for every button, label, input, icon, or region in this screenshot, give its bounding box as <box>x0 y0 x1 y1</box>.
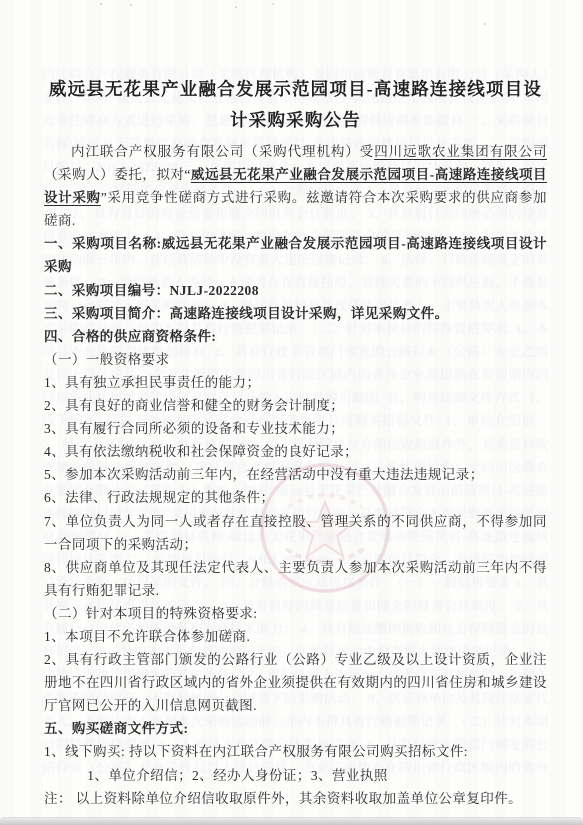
line-item-1: 1、具有独立承担民事责任的能力； <box>44 371 547 394</box>
line-item-2: 2、具有良好的商业信誉和健全的财务会计制度； <box>44 394 547 417</box>
intro-tail: ”采用竞争性磋商方式进行采购。兹邀请符合本次采购要求的供应商参加磋商. <box>44 190 547 228</box>
line-general-requirements-heading: （一）一般资格要求 <box>44 348 547 371</box>
line-project-number: 二、采购项目编号：NJLJ-2022208 <box>44 279 547 302</box>
line-item-4: 4、具有依法缴纳税收和社会保障资金的良好记录； <box>44 440 547 463</box>
intro-lead: 内江联合产权服务有限公司（采购代理机构）受 <box>71 144 374 159</box>
line-offline-purchase: 1、线下购买: 持以下资料在内江联合产权服务有限公司购买招标文件: <box>44 740 547 763</box>
line-qualification-heading: 四、合格的供应商资格条件: <box>44 325 547 348</box>
page-bottom-edge <box>0 817 583 825</box>
purchaser-name: 四川远歌农业集团有限公司 <box>374 144 547 159</box>
intro-mid: （采购人）委托，拟对“ <box>44 167 191 182</box>
line-item-6: 6、法律、行政法规规定的其他条件； <box>44 486 547 509</box>
line-project-brief: 三、采购项目简介：高速路连接线项目设计采购，详见采购文件。 <box>44 302 547 325</box>
document-title: 威远县无花果产业融合发展示范园项目-高速路连接线项目设计采购采购公告 <box>46 74 545 136</box>
line-purchase-method-heading: 五、购买磋商文件方式: <box>44 717 547 740</box>
scan-speckles <box>100 3 102 5</box>
intro-paragraph: 内江联合产权服务有限公司（采购代理机构）受四川远歌农业集团有限公司（采购人）委托… <box>44 140 547 232</box>
line-special-item-2: 2、具有行政主管部门颁发的公路行业（公路）专业乙级及以上设计资质，企业注册地不在… <box>44 648 547 717</box>
line-item-5: 5、参加本次采购活动前三年内，在经营活动中没有重大违法违规记录； <box>44 463 547 486</box>
document-body: 威远县无花果产业融合发展示范园项目-高速路连接线项目设计采购采购公告 内江联合产… <box>44 74 547 810</box>
line-special-requirements-heading: （二）针对本项目的特殊资格要求: <box>44 602 547 625</box>
line-item-8: 8、供应商单位及其现任法定代表人、主要负责人参加本次采购活动前三年内不得具有行贿… <box>44 556 547 602</box>
scanned-procurement-notice-page: { "document": { "title": "威远县无花果产业融合发展示范… <box>0 0 583 825</box>
line-required-materials: 1、单位介绍信；2、经办人身份证；3、营业执照 <box>44 764 547 787</box>
line-project-name: 一、采购项目名称:威远县无花果产业融合发展示范园项目-高速路连接线项目设计采购 <box>44 232 547 278</box>
line-special-item-1: 1、本项目不允许联合体参加磋商. <box>44 625 547 648</box>
line-note: 注： 以上资料除单位介绍信收取原件外，其余资料收取加盖单位公章复印件。 <box>44 787 547 810</box>
line-item-7: 7、单位负责人为同一人或者存在直接控股、管理关系的不同供应商，不得参加同一合同项… <box>44 510 547 556</box>
line-item-3: 3、具有履行合同所必须的设备和专业技术能力； <box>44 417 547 440</box>
